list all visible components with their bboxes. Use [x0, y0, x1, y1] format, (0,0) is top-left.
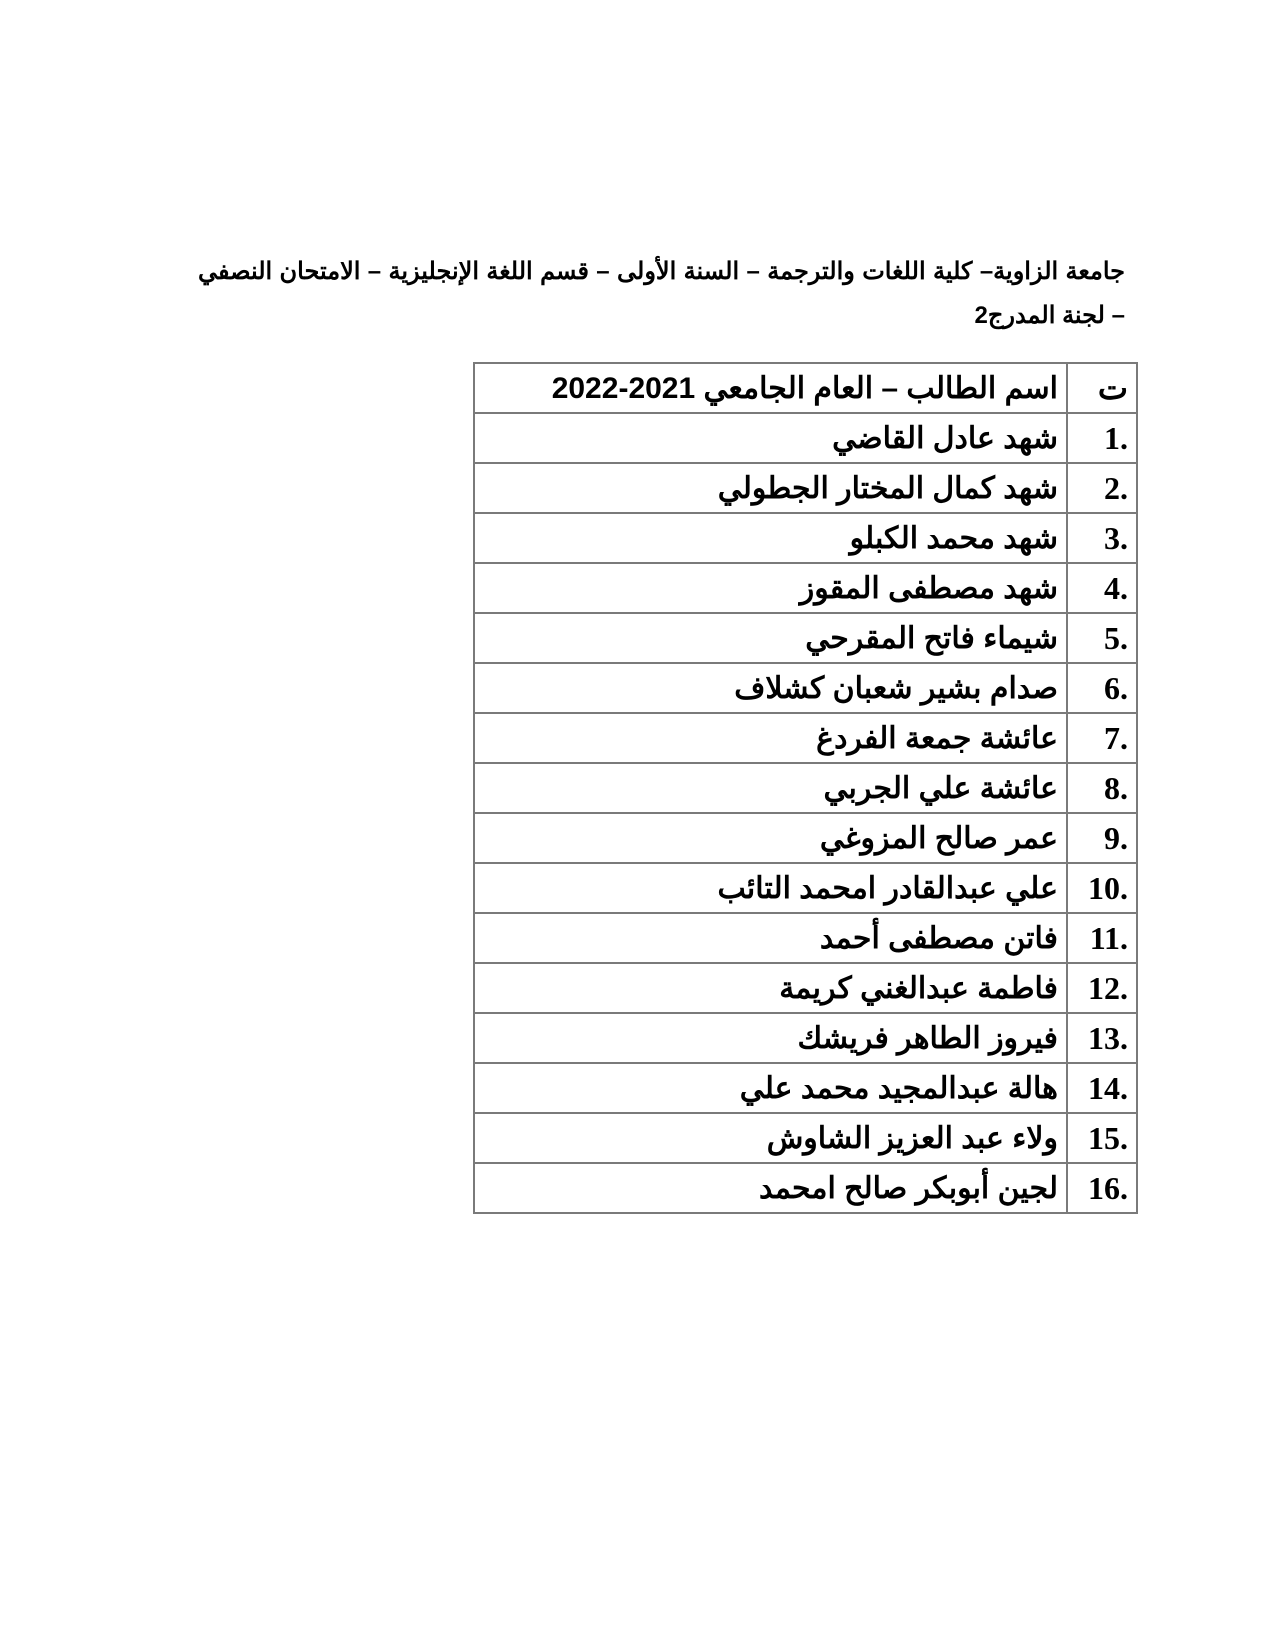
student-name: شيماء فاتح المقرحي: [474, 613, 1067, 663]
row-number: 13.: [1067, 1013, 1137, 1063]
student-name: هالة عبدالمجيد محمد علي: [474, 1063, 1067, 1113]
row-number-text: 8.: [1104, 770, 1128, 807]
table-row: 2.شهد كمال المختار الجطولي: [474, 463, 1137, 513]
row-number-text: 14.: [1088, 1070, 1128, 1107]
row-number: 4.: [1067, 563, 1137, 613]
row-number-text: 6.: [1104, 670, 1128, 707]
table-row: 4.شهد مصطفى المقوز: [474, 563, 1137, 613]
student-name: شهد كمال المختار الجطولي: [474, 463, 1067, 513]
student-name: ولاء عبد العزيز الشاوش: [474, 1113, 1067, 1163]
row-number: 6.: [1067, 663, 1137, 713]
table-row: 6.صدام بشير شعبان كشلاف: [474, 663, 1137, 713]
table-row: 13.فيروز الطاهر فريشك: [474, 1013, 1137, 1063]
row-number: 1.: [1067, 413, 1137, 463]
row-number-text: 5.: [1104, 620, 1128, 657]
student-name: عائشة علي الجربي: [474, 763, 1067, 813]
row-number: 8.: [1067, 763, 1137, 813]
document-heading: جامعة الزاوية– كلية اللغات والترجمة – ال…: [198, 250, 1125, 338]
row-number-text: 10.: [1088, 870, 1128, 907]
row-number-text: 1.: [1104, 420, 1128, 457]
row-number: 5.: [1067, 613, 1137, 663]
row-number: 2.: [1067, 463, 1137, 513]
row-number-text: 16.: [1088, 1170, 1128, 1207]
table-row: 3.شهد محمد الكبلو: [474, 513, 1137, 563]
row-number-text: 13.: [1088, 1020, 1128, 1057]
row-number: 14.: [1067, 1063, 1137, 1113]
student-name: فيروز الطاهر فريشك: [474, 1013, 1067, 1063]
table-row: 12.فاطمة عبدالغني كريمة: [474, 963, 1137, 1013]
student-name: علي عبدالقادر امحمد التائب: [474, 863, 1067, 913]
table-row: 16.لجين أبوبكر صالح امحمد: [474, 1163, 1137, 1213]
student-name: صدام بشير شعبان كشلاف: [474, 663, 1067, 713]
student-name: عائشة جمعة الفردغ: [474, 713, 1067, 763]
student-roster-table: ت اسم الطالب – العام الجامعي 2021-2022 1…: [473, 362, 1138, 1214]
row-number-text: 15.: [1088, 1120, 1128, 1157]
student-name: فاتن مصطفى أحمد: [474, 913, 1067, 963]
student-name: شهد محمد الكبلو: [474, 513, 1067, 563]
column-header-name: اسم الطالب – العام الجامعي 2021-2022: [474, 363, 1067, 413]
row-number-text: 2.: [1104, 470, 1128, 507]
row-number: 9.: [1067, 813, 1137, 863]
row-number-text: 9.: [1104, 820, 1128, 857]
student-name: لجين أبوبكر صالح امحمد: [474, 1163, 1067, 1213]
row-number: 7.: [1067, 713, 1137, 763]
row-number: 10.: [1067, 863, 1137, 913]
row-number: 16.: [1067, 1163, 1137, 1213]
row-number: 11.: [1067, 913, 1137, 963]
student-name: عمر صالح المزوغي: [474, 813, 1067, 863]
row-number-text: 11.: [1090, 920, 1128, 957]
table-row: 9.عمر صالح المزوغي: [474, 813, 1137, 863]
row-number: 15.: [1067, 1113, 1137, 1163]
row-number: 12.: [1067, 963, 1137, 1013]
table-row: 11.فاتن مصطفى أحمد: [474, 913, 1137, 963]
column-header-number: ت: [1067, 363, 1137, 413]
table-row: 8.عائشة علي الجربي: [474, 763, 1137, 813]
table-row: 10.علي عبدالقادر امحمد التائب: [474, 863, 1137, 913]
student-name: فاطمة عبدالغني كريمة: [474, 963, 1067, 1013]
row-number-text: 3.: [1104, 520, 1128, 557]
table-row: 5.شيماء فاتح المقرحي: [474, 613, 1137, 663]
row-number: 3.: [1067, 513, 1137, 563]
table-row: 15.ولاء عبد العزيز الشاوش: [474, 1113, 1137, 1163]
table-row: 7.عائشة جمعة الفردغ: [474, 713, 1137, 763]
table-row: 1.شهد عادل القاضي: [474, 413, 1137, 463]
row-number-text: 4.: [1104, 570, 1128, 607]
row-number-text: 12.: [1088, 970, 1128, 1007]
table-header-row: ت اسم الطالب – العام الجامعي 2021-2022: [474, 363, 1137, 413]
student-name: شهد عادل القاضي: [474, 413, 1067, 463]
row-number-text: 7.: [1104, 720, 1128, 757]
table-row: 14.هالة عبدالمجيد محمد علي: [474, 1063, 1137, 1113]
student-name: شهد مصطفى المقوز: [474, 563, 1067, 613]
